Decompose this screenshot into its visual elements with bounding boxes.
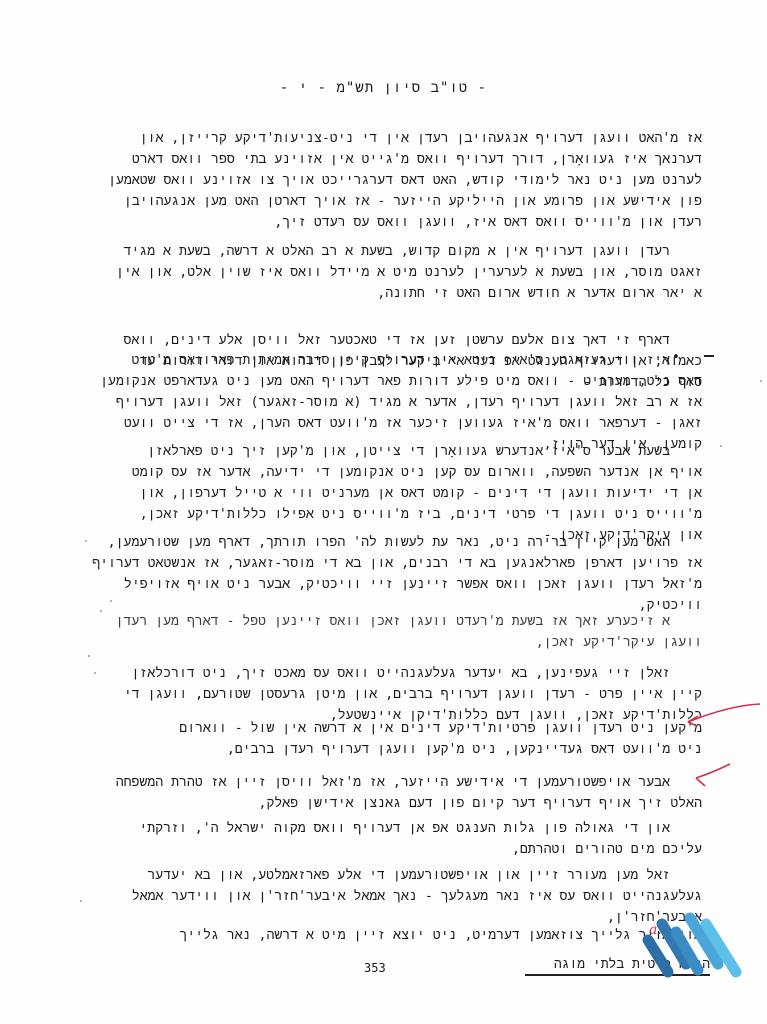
text-line: זאלן זיי געפינען, בא יעדער געלעגנהייט וו…: [96, 663, 702, 684]
paragraph: אז מ'האט וועגן דערויף אנגעהויבן רעדן אין…: [96, 128, 702, 233]
text-line: אויף אן אנדער השפעה, ווארום עס קען ניט א…: [96, 462, 702, 483]
text-line: דאס ניט, מערניט - וואס מיט פילע דורות פא…: [96, 371, 702, 392]
text-line: מ'קען ניט רעדן וועגן פרטיות'דיקע דינים א…: [96, 718, 702, 739]
paragraph: האט מען קיין ברירה ניט, נאר עת לעשות לה'…: [96, 532, 702, 616]
paragraph: איז ווי געזאגט, ס'איז ניטא אין דערויף קי…: [96, 350, 702, 455]
scan-speck: [94, 672, 96, 674]
document-page: - טו"ב סיון תש"מ - י - אז מ'האט וועגן דע…: [0, 0, 767, 1024]
text-line: עליכם מים טהורים וטהרתם,: [96, 839, 702, 860]
text-line: זאגן - דערפאר וואס מ'איז געווען זיכער אז…: [96, 413, 702, 434]
text-line: אבער אויפשטורעמען די אידישע הייזער, אז מ…: [96, 772, 702, 793]
text-line: מ'ווייס ניט וועגן די פרטי דינים, ביז מ'ו…: [96, 504, 702, 525]
text-line: פון אידישע און פרומע און הייליקע הייזער …: [96, 191, 702, 212]
text-line: ניט מ'וועט דאס געדיינקען, ניט מ'קען וועג…: [96, 739, 702, 760]
scan-speck: [110, 600, 112, 602]
red-arrow-annotation-1: [668, 700, 767, 730]
text-line: מ'זאל רעדן וועגן זאכן וואס אפשר זיינען ז…: [96, 574, 702, 595]
text-line: בשעת אבער ס'איז אנדערש געוואָרן די צייטן…: [96, 441, 702, 462]
text-line: זאגט מוסר, און בשעת א לערערין לערנט מיט …: [96, 262, 702, 283]
scan-speck: [100, 610, 102, 612]
page-header-date: - טו"ב סיון תש"מ - י -: [0, 80, 767, 97]
margin-dash-mark: [704, 355, 714, 357]
text-line: אז פרויען דארפן פארלאנגען בא די רבנים, א…: [96, 553, 702, 574]
text-line: האט מען קיין ברירה ניט, נאר עת לעשות לה'…: [96, 532, 702, 553]
page-number: 353: [364, 961, 386, 975]
scan-speck: [720, 445, 722, 447]
text-line: לערנט מען ניט נאר לימודי קודש, האט דאס ד…: [96, 170, 702, 191]
paragraph: רעדן וועגן דערויף אין א מקום קדוש, בשעת …: [96, 241, 702, 304]
text-line: זאל מען מעורר זיין און אויפשטורעמען די א…: [96, 865, 702, 886]
text-line: א זיכערע זאך אז בשעת מ'רעדט וועגן זאכן ו…: [96, 611, 702, 632]
scan-speck: [92, 560, 94, 562]
text-line: איז ווי געזאגט, ס'איז ניטא אין דערויף קי…: [96, 350, 702, 371]
text-line: געלעגנהייט וואס עס איז נאר מעגלעך - נאך …: [96, 886, 702, 907]
handwritten-scribble: a.: [649, 922, 662, 938]
paragraph: אבער אויפשטורעמען די אידישע הייזער, אז מ…: [96, 772, 702, 814]
text-line: דערנאך איז געוואָרן, דורך דערויף וואס מ'…: [96, 149, 702, 170]
red-arrow-annotation-2: [690, 760, 750, 790]
paragraph: און אויך גלייך צוזאמען דערמיט, ניט יוצא …: [96, 925, 702, 946]
text-line: רעדן וועגן דערויף אין א מקום קדוש, בשעת …: [96, 241, 702, 262]
bullet-mark: •: [672, 350, 680, 365]
text-line: אז מ'האט וועגן דערויף אנגעהויבן רעדן אין…: [96, 128, 702, 149]
text-line: א יאר ארום אדער א חודש ארום האט זי חתונה…: [96, 283, 702, 304]
scan-speck: [760, 380, 762, 382]
paragraph: בשעת אבער ס'איז אנדערש געוואָרן די צייטן…: [96, 441, 702, 546]
text-line: וועגן עיקר'דיקע זאכן,: [96, 632, 702, 653]
text-line: האלט זיך אויף דערויף דער קיום פון דעם גא…: [96, 793, 702, 814]
text-line: קיין איין פרט - רעדן וועגן דערויף ברבים,…: [96, 684, 702, 705]
text-line: און די גאולה פון גלות הענגט אפ אן דערויף…: [96, 818, 702, 839]
text-line: דארף זי דאך צום אלעם ערשטן זען אז די טאכ…: [96, 330, 702, 351]
paragraph: א זיכערע זאך אז בשעת מ'רעדט וועגן זאכן ו…: [96, 611, 702, 653]
paragraph: מ'קען ניט רעדן וועגן פרטיות'דיקע דינים א…: [96, 718, 702, 760]
paragraph: זאלן זיי געפינען, בא יעדער געלעגנהייט וו…: [96, 663, 702, 726]
paragraph: און די גאולה פון גלות הענגט אפ אן דערויף…: [96, 818, 702, 860]
text-line: און אויך גלייך צוזאמען דערמיט, ניט יוצא …: [96, 925, 702, 946]
paragraph: זאל מען מעורר זיין און אויפשטורעמען די א…: [96, 865, 702, 928]
text-line: אז א רב זאל וועגן דערויף רעדן, אדער א מג…: [96, 392, 702, 413]
scan-speck: [88, 655, 90, 657]
text-line: רעדן און מ'ווייס וואס דאס איז, וועגן ווא…: [96, 212, 702, 233]
scan-speck: [85, 540, 87, 542]
scan-speck: [80, 900, 82, 902]
text-line: אן די ידיעות וועגן די דינים - קומט דאס א…: [96, 483, 702, 504]
